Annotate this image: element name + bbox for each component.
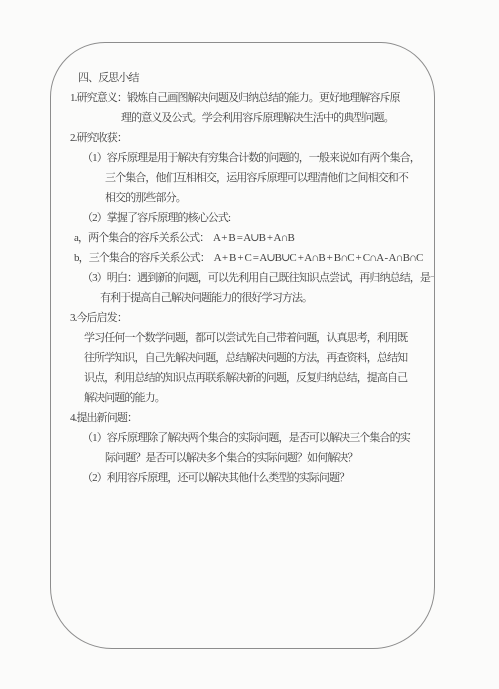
rounded-border-frame: 四、反思小结 1.研究意义：锻炼自己画图解决问题及归纳总结的能力。更好地理解容斥… (50, 42, 435, 649)
doc-line-inspiration-cont-c: 识点，利用总结的知识点再联系解决新的问题，反复归纳总结，提高自己 (51, 368, 434, 388)
doc-line-future-inspiration: 3.今后启发： (51, 308, 434, 328)
doc-line-new-questions: 4.提出新问题： (51, 408, 434, 428)
screenshot-root: { "colors": { "paper": "#fbfbfa", "borde… (0, 0, 499, 689)
doc-line-new-question-1-cont: 际问题？是否可以解决多个集合的实际问题？如何解决？ (51, 448, 434, 468)
doc-line-new-question-1: （1）容斥原理除了解决两个集合的实际问题，是否可以解决三个集合的实 (51, 428, 434, 448)
doc-line-research-gains: 2.研究收获： (51, 128, 434, 148)
doc-line-gain-2: （2）掌握了容斥原理的核心公式: (51, 208, 434, 228)
doc-line-formula-three-sets: b，三个集合的容斥关系公式： A + B + C = A∪B∪C + A∩B +… (51, 248, 434, 268)
doc-line-gain-1: （1）容斥原理是用于解决有穷集合计数的问题的，一般来说如有两个集合， (51, 148, 434, 168)
doc-line-formula-two-sets: a，两个集合的容斥关系公式： A + B = A∪B + A∩B (51, 228, 434, 248)
doc-line-gain-3-cont: 有利于提高自己解决问题能力的很好学习方法。 (51, 288, 434, 308)
doc-line-research-meaning-cont: 理的意义及公式。学会利用容斥原理解决生活中的典型问题。 (51, 108, 434, 128)
section-heading: 四、反思小结 (51, 68, 434, 88)
document-page: 四、反思小结 1.研究意义：锻炼自己画图解决问题及归纳总结的能力。更好地理解容斥… (0, 0, 499, 689)
doc-line-gain-1-cont-b: 相交的那些部分。 (51, 188, 434, 208)
doc-line-new-question-2: （2）利用容斥原理，还可以解决其他什么类型的实际问题？ (51, 468, 434, 488)
doc-line-inspiration-cont-d: 解决问题的能力。 (51, 388, 434, 408)
doc-line-inspiration-cont-a: 学习任何一个数学问题，都可以尝试先自己带着问题，认真思考，利用既 (51, 328, 434, 348)
doc-line-gain-1-cont-a: 三个集合，他们互相相交，运用容斥原理可以理清他们之间相交和不 (51, 168, 434, 188)
doc-line-research-meaning: 1.研究意义：锻炼自己画图解决问题及归纳总结的能力。更好地理解容斥原 (51, 88, 434, 108)
doc-line-inspiration-cont-b: 往所学知识，自己先解决问题，总结解决问题的方法，再查资料，总结知 (51, 348, 434, 368)
doc-line-gain-3: （3）明白：遇到新的问题，可以先利用自己既往知识点尝试，再归纳总结，是一种 (51, 268, 434, 288)
